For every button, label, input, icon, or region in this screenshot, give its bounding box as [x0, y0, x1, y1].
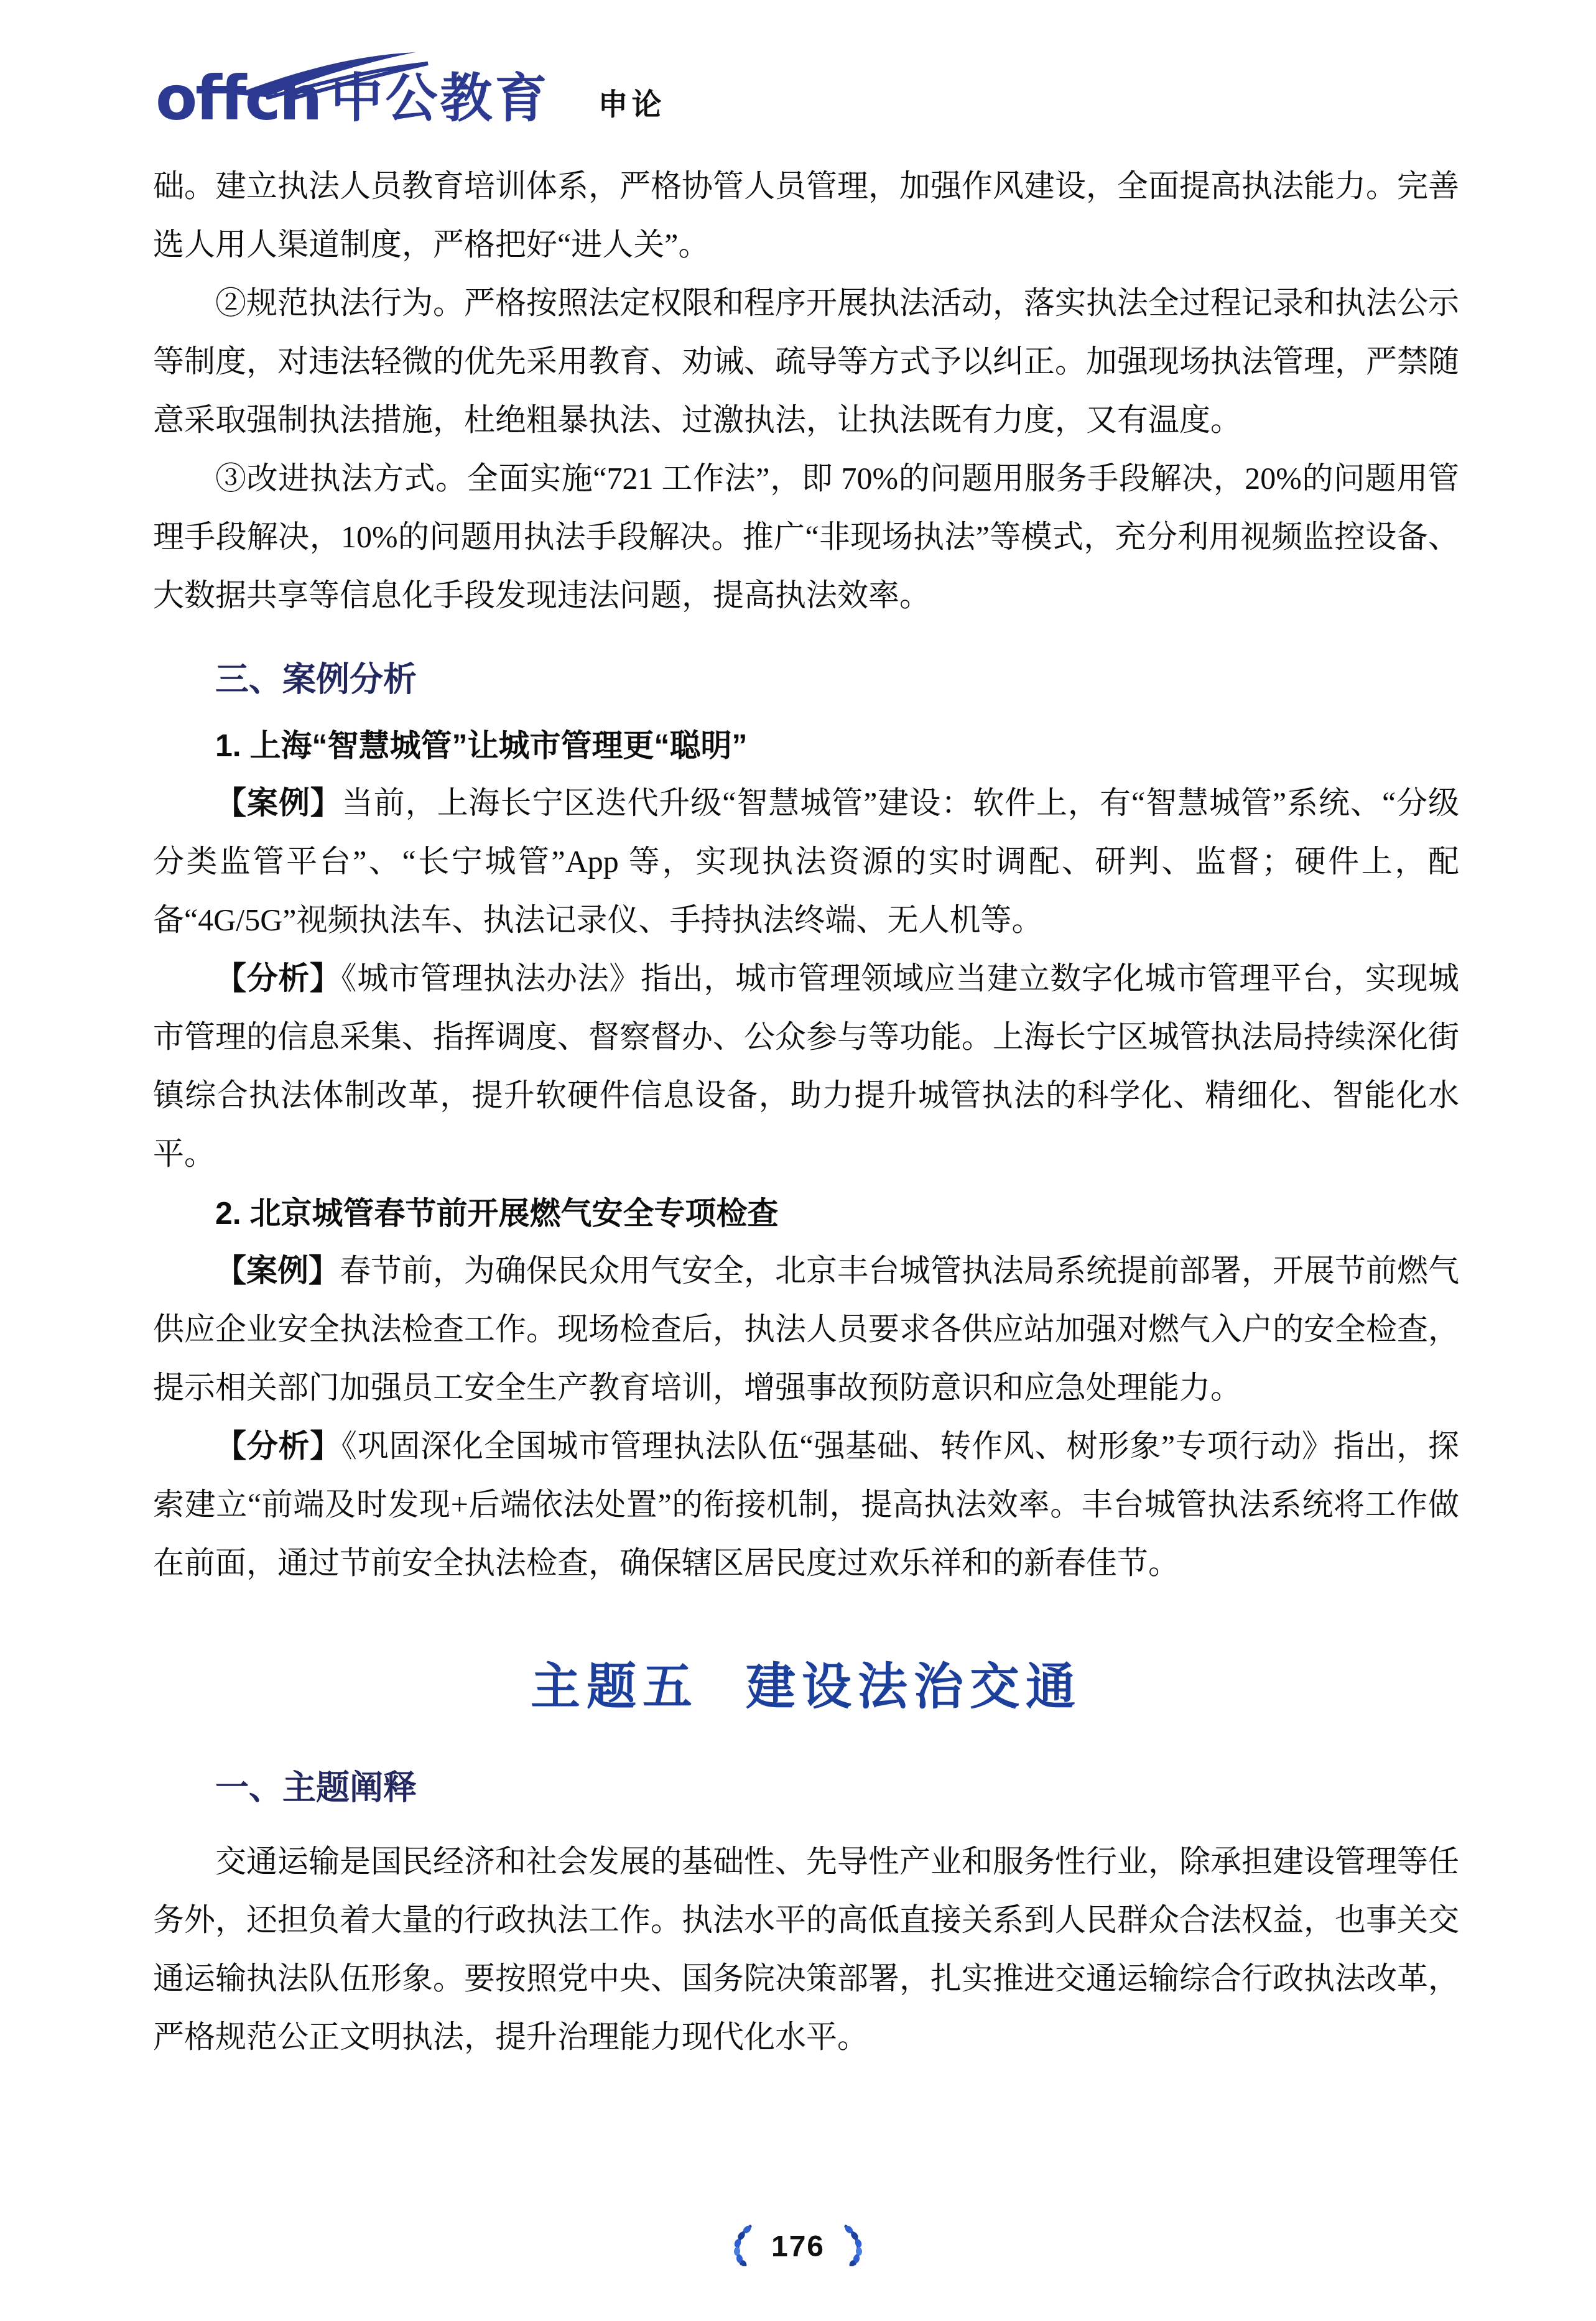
- subject-label: 申论: [598, 86, 665, 127]
- case1-case-paragraph: 【案例】当前，上海长宁区迭代升级“智慧城管”建设：软件上，有“智慧城管”系统、“…: [153, 774, 1459, 949]
- case2-title: 2. 北京城管春节前开展燃气安全专项检查: [215, 1192, 1459, 1235]
- case2-analysis-paragraph: 【分析】《巩固深化全国城市管理执法队伍“强基础、转作风、树形象”专项行动》指出，…: [153, 1417, 1459, 1592]
- page-header: offcn 中公教育 申论: [155, 70, 666, 127]
- paragraph-topic-explanation: 交通运输是国民经济和社会发展的基础性、先导性产业和服务性行业，除承担建设管理等任…: [153, 1832, 1459, 2066]
- case2-case-text: 春节前，为确保民众用气安全，北京丰台城管执法局系统提前部署，开展节前燃气供应企业…: [153, 1253, 1459, 1405]
- chapter-title-number: 主题五: [531, 1659, 698, 1714]
- paragraph-continuation: 础。建立执法人员教育培训体系，严格协管人员管理，加强作风建设，全面提高执法能力。…: [153, 157, 1459, 274]
- swoosh-icon: [229, 50, 434, 103]
- case1-analysis-label: 【分析】: [215, 961, 341, 996]
- case1-case-label: 【案例】: [215, 785, 342, 820]
- case1-title: 1. 上海“智慧城管”让城市管理更“聪明”: [215, 724, 1459, 767]
- section-heading-topic-explanation: 一、主题阐释: [215, 1765, 1459, 1811]
- case2-case-paragraph: 【案例】春节前，为确保民众用气安全，北京丰台城管执法局系统提前部署，开展节前燃气…: [153, 1241, 1459, 1417]
- case1-case-text: 当前，上海长宁区迭代升级“智慧城管”建设：软件上，有“智慧城管”系统、“分级分类…: [153, 785, 1459, 937]
- case1-analysis-paragraph: 【分析】《城市管理执法办法》指出，城市管理领域应当建立数字化城市管理平台，实现城…: [153, 949, 1459, 1183]
- laurel-left-icon: [726, 2224, 755, 2269]
- page-content: 础。建立执法人员教育培训体系，严格协管人员管理，加强作风建设，全面提高执法能力。…: [153, 157, 1459, 2066]
- page-number: 176: [771, 2230, 825, 2264]
- laurel-right-icon: [841, 2224, 870, 2269]
- case2-analysis-text: 《巩固深化全国城市管理执法队伍“强基础、转作风、树形象”专项行动》指出，探索建立…: [153, 1429, 1459, 1580]
- paragraph-item-2: ②规范执法行为。严格按照法定权限和程序开展执法活动，落实执法全过程记录和执法公示…: [153, 274, 1459, 449]
- chapter-title: 主题五建设法治交通: [153, 1652, 1459, 1721]
- chapter-title-text: 建设法治交通: [746, 1659, 1082, 1714]
- offcn-logo: offcn: [155, 71, 320, 127]
- section-heading-case-analysis: 三、案例分析: [215, 657, 1459, 703]
- page-footer: 176: [0, 2224, 1596, 2269]
- case2-analysis-label: 【分析】: [215, 1429, 341, 1463]
- case1-analysis-text: 《城市管理执法办法》指出，城市管理领域应当建立数字化城市管理平台，实现城市管理的…: [153, 961, 1459, 1171]
- paragraph-item-3: ③改进执法方式。全面实施“721 工作法”，即 70%的问题用服务手段解决，20…: [153, 449, 1459, 624]
- case2-case-label: 【案例】: [215, 1253, 340, 1288]
